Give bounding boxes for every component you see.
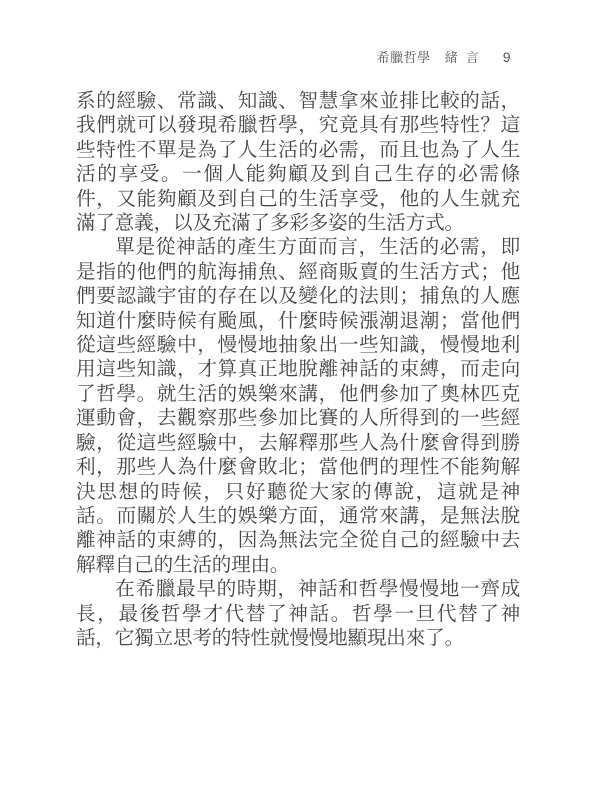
page-body: 系的經驗、常識、知識、智慧拿來並排比較的話，我們就可以發現希臘哲學，究竟具有那些… bbox=[76, 89, 520, 650]
paragraph-2: 單是從神話的產生方面而言，生活的必需，即是指的他們的航海捕魚、經商販賣的生活方式… bbox=[76, 235, 520, 577]
page-number: 9 bbox=[503, 49, 511, 65]
paragraph-1: 系的經驗、常識、知識、智慧拿來並排比較的話，我們就可以發現希臘哲學，究竟具有那些… bbox=[76, 89, 520, 235]
chapter-title: 緒言 bbox=[445, 47, 487, 66]
running-header: 希臘哲學 緒言 9 bbox=[377, 47, 511, 66]
paragraph-3: 在希臘最早的時期，神話和哲學慢慢地一齊成長，最後哲學才代替了神話。哲學一旦代替了… bbox=[76, 577, 520, 650]
book-title: 希臘哲學 bbox=[377, 47, 431, 66]
